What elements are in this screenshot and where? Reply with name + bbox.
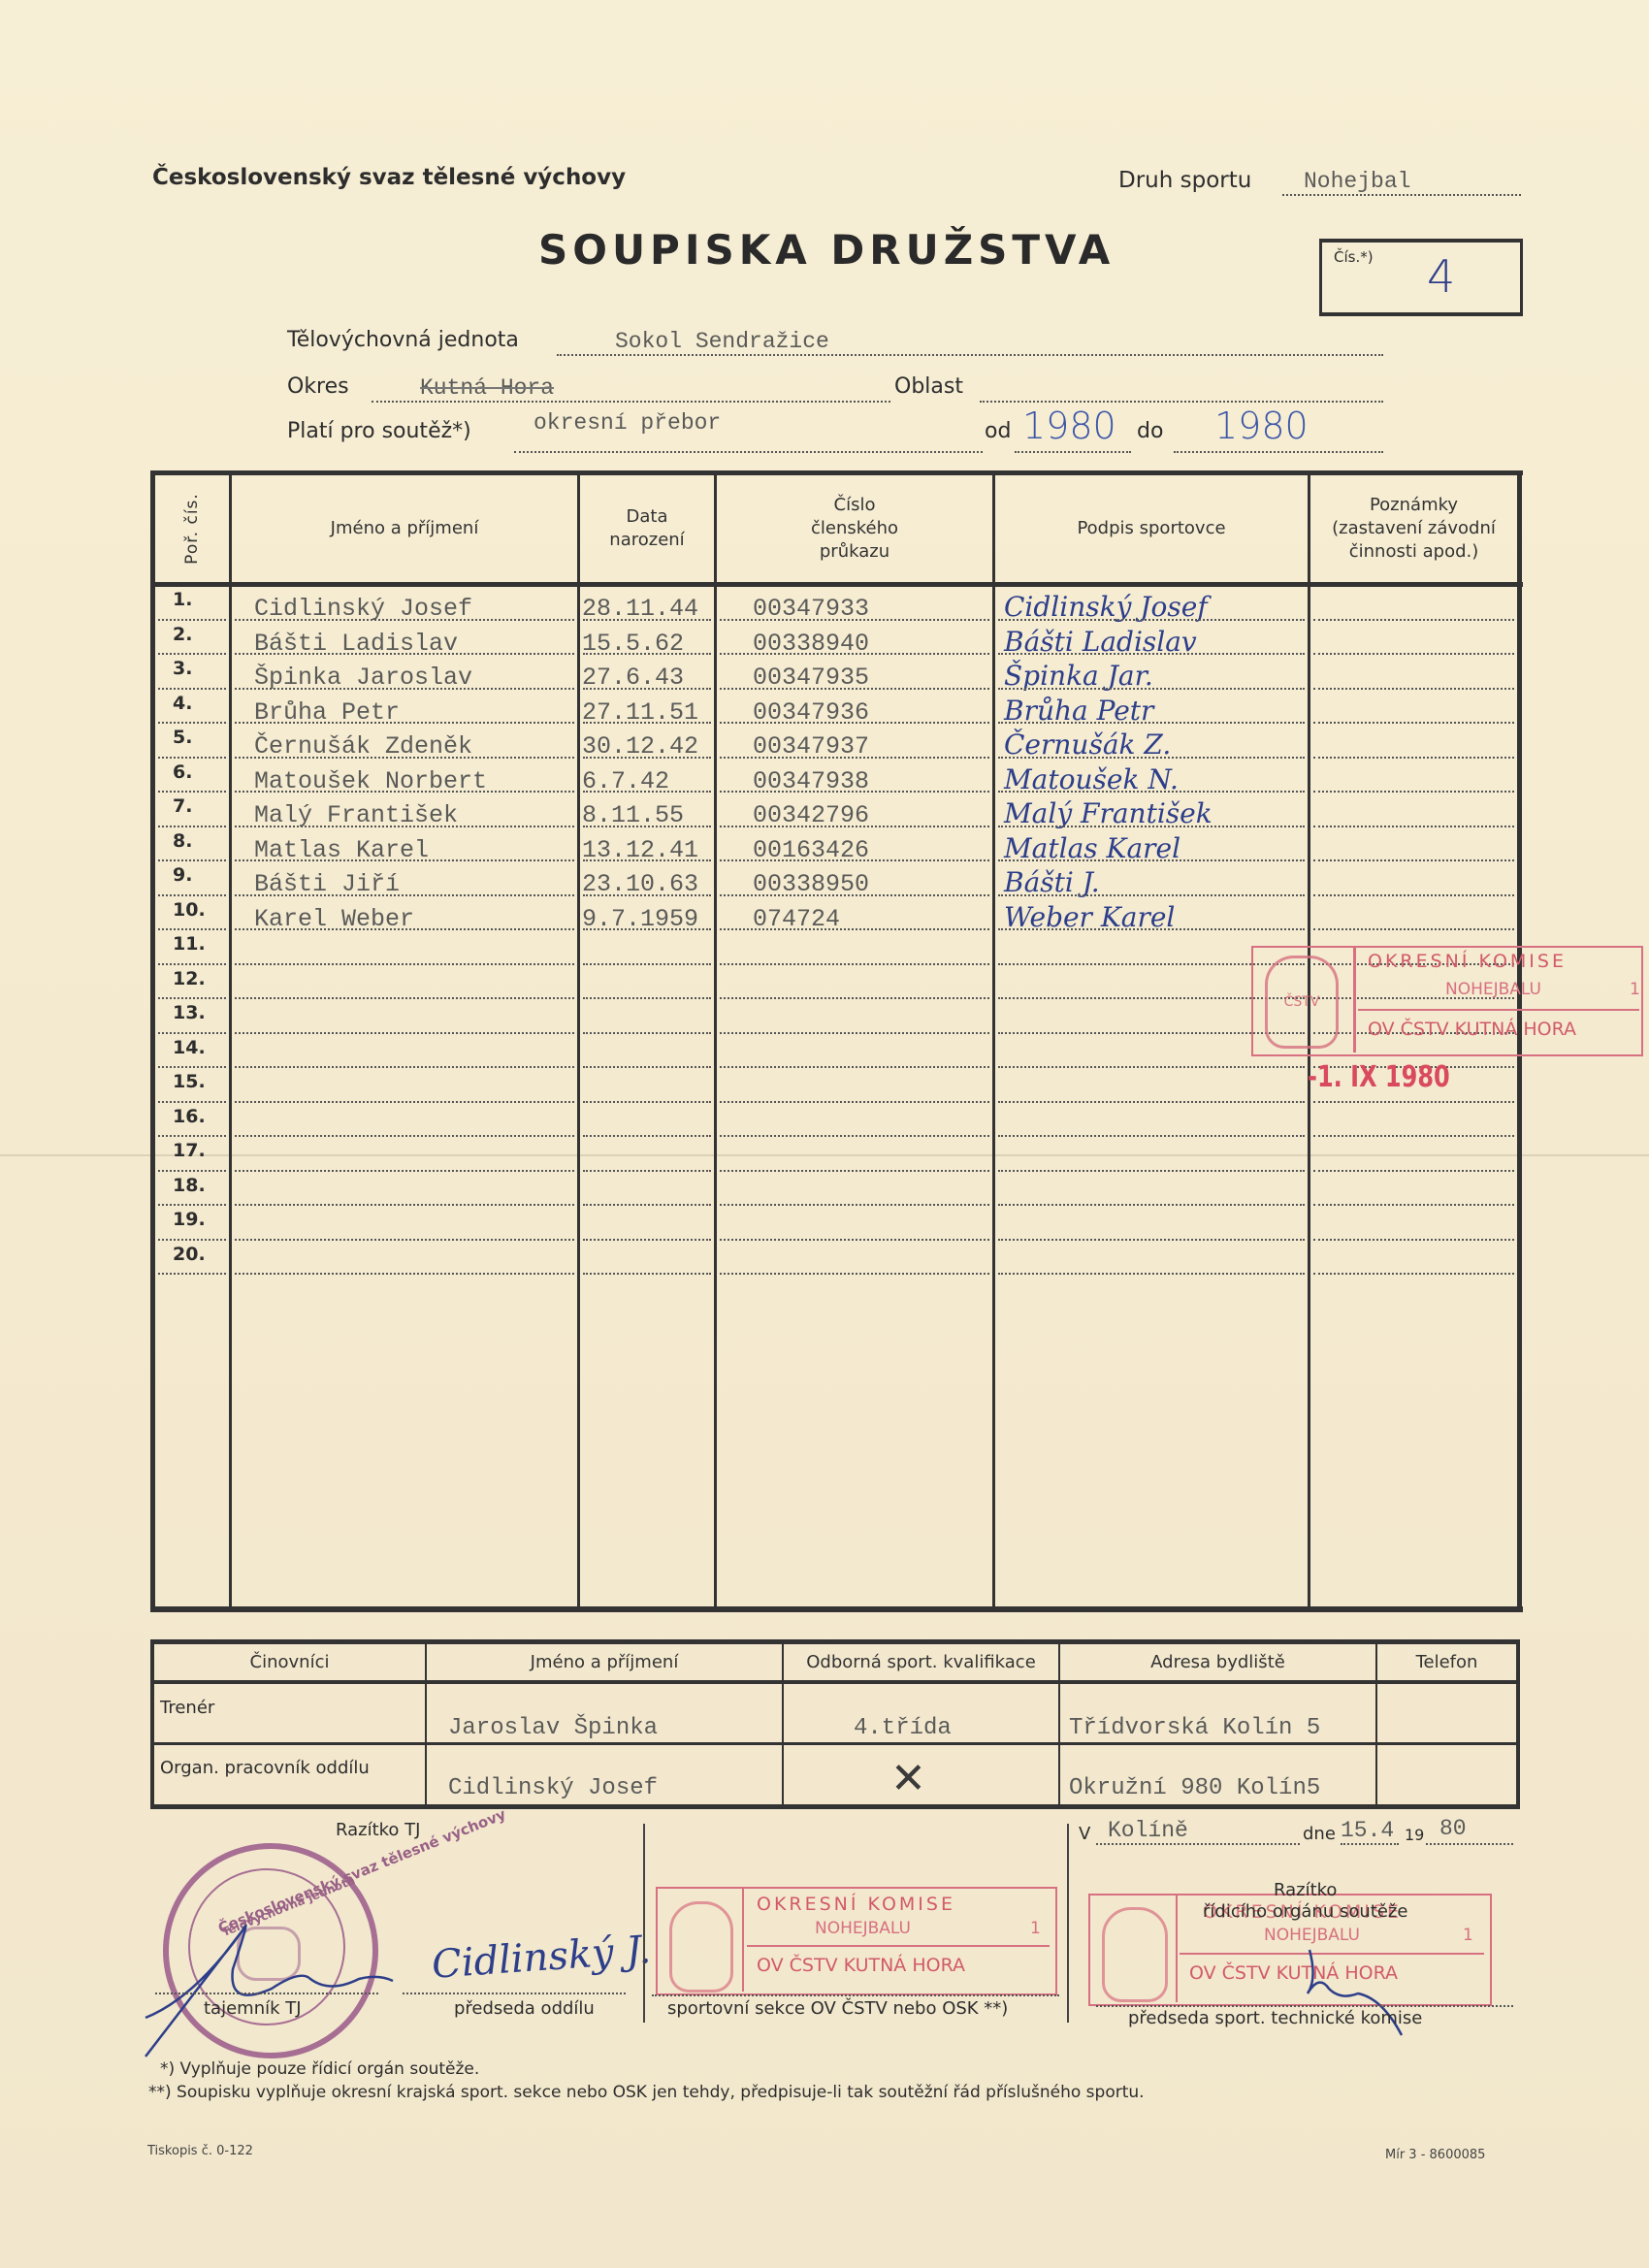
official-role-organizer: Organ. pracovník oddílu [160,1758,370,1778]
row-separator [1313,1239,1514,1241]
row-separator [1313,1170,1514,1172]
col-header-card: Číslo členského průkazu [717,475,992,582]
row-number: 8. [173,830,192,852]
row-separator [998,791,1305,793]
official-role-trainer: Trenér [160,1698,214,1718]
row-separator [720,653,989,655]
organization-name: Československý svaz tělesné výchovy [152,165,626,190]
col-divider [229,472,232,1609]
row-separator [235,688,574,690]
row-separator [235,1273,574,1275]
stamp-line3: OV ČSTV KUTNÁ HORA [757,1955,965,1976]
row-separator [1313,1101,1514,1103]
row-separator [583,1101,711,1103]
row-separator [1313,757,1514,759]
col-header-index: Poř. čís. [155,475,229,582]
row-separator [583,928,711,930]
row-separator [583,963,711,965]
number-value: 4 [1427,250,1455,303]
number-box[interactable]: Čís.*) 4 [1319,239,1523,316]
unit-field[interactable]: Sokol Sendražice [557,335,1383,356]
stamp-line2-number: 1 [1463,1926,1473,1945]
row-separator [583,1135,711,1137]
row-number: 10. [173,899,206,921]
section-signature-line [652,1991,1059,1996]
cstv-logo-icon [1102,1907,1168,2002]
sport-field[interactable]: Nohejbal [1282,175,1521,196]
row-separator [158,1204,226,1206]
row-separator [583,1204,711,1206]
place-value: Kolíně [1108,1818,1188,1843]
official-address[interactable]: Třídvorská Kolín 5 [1069,1715,1320,1741]
row-separator [235,963,574,965]
row-separator [720,1170,989,1172]
sport-value: Nohejbal [1304,169,1410,194]
district-label: Okres [287,374,349,399]
row-number: 4. [173,693,192,714]
row-separator [720,1135,989,1137]
region-label: Oblast [894,374,963,399]
secretary-signature-line [155,1989,378,1994]
row-separator [235,826,574,827]
stamp-divider [742,1887,744,1992]
year-field[interactable]: 80 [1426,1833,1513,1845]
officials-header-phone: Telefon [1377,1644,1516,1680]
paper-fold-line [0,1154,1649,1156]
date-value: 15.4 [1341,1818,1394,1843]
print-code: Mír 3 - 8600085 [1385,2148,1485,2162]
row-separator [583,1066,711,1068]
row-separator [1313,722,1514,724]
to-label: do [1137,419,1163,443]
row-separator [1313,688,1514,690]
to-field[interactable]: 1980 [1174,432,1383,453]
stamp-line2-number: 1 [1030,1919,1041,1938]
row-separator [1313,653,1514,655]
officials-header-name: Jméno a příjmení [427,1644,782,1680]
sport-label: Druh sportu [1118,168,1251,193]
committee-label: předseda sport. technické komise [1128,2008,1422,2028]
row-separator [583,722,711,724]
stamp-divider [1353,946,1356,1053]
row-separator [158,963,226,965]
row-number: 5. [173,727,192,748]
row-number: 2. [173,624,192,645]
from-label: od [985,419,1011,443]
row-separator [720,1204,989,1206]
row-separator [235,1239,574,1241]
region-field[interactable] [980,381,1383,403]
row-separator [235,1135,574,1137]
row-separator [720,997,989,999]
row-separator [1313,1204,1514,1206]
unit-label: Tělovýchovná jednota [287,328,519,352]
row-number: 15. [173,1071,206,1092]
number-label: Čís.*) [1334,248,1374,266]
row-number: 20. [173,1244,206,1265]
row-separator [235,1066,574,1068]
footer-divider [1067,1824,1069,2023]
chairman-label: předseda oddílu [454,1998,595,2019]
row-separator [235,894,574,896]
row-separator [720,757,989,759]
district-value: Kutná Hora [420,375,554,401]
row-separator [235,653,574,655]
row-separator [1313,859,1514,861]
table-left-border [150,472,155,1609]
row-number: 9. [173,864,192,886]
row-separator [583,826,711,827]
competition-label: Platí pro soutěž*) [287,419,471,443]
row-separator [998,1101,1305,1103]
row-number: 19. [173,1209,206,1230]
row-separator [1313,894,1514,896]
row-separator [720,619,989,621]
row-separator [158,1170,226,1172]
row-number: 1. [173,589,192,610]
row-separator [235,757,574,759]
row-number: 3. [173,658,192,679]
row-separator [235,1204,574,1206]
form-number: Tiskopis č. 0-122 [147,2144,253,2158]
row-separator [158,619,226,621]
row-separator [583,859,711,861]
col-divider [992,472,995,1609]
date-prefix: dne [1303,1824,1336,1844]
row-separator [720,1066,989,1068]
row-separator [158,1273,226,1275]
stamp-line1: OKRESNÍ KOMISE [1368,951,1567,972]
row-separator [583,619,711,621]
row-separator [158,1066,226,1068]
row-number: 11. [173,933,206,955]
cstv-logo-icon [669,1901,733,1993]
row-separator [998,757,1305,759]
row-number: 12. [173,968,206,989]
officials-header-address: Adresa bydliště [1060,1644,1375,1680]
stamp-line2: NOHEJBALU [815,1919,911,1938]
row-separator [158,859,226,861]
row-number: 17. [173,1140,206,1161]
row-separator [720,722,989,724]
row-separator [720,826,989,827]
col-divider [577,472,580,1609]
tj-stamp-label: Razítko TJ [336,1820,420,1840]
row-separator [998,1066,1305,1068]
row-separator [235,1101,574,1103]
stamp-line1: OKRESNÍ KOMISE [757,1894,955,1915]
col-header-birth: Data narození [580,475,714,582]
stamp-date: -1. IX 1980 [1308,1060,1450,1094]
row-separator [583,1170,711,1172]
row-number: 13. [173,1002,206,1023]
chairman-signature-line [403,1989,626,1994]
row-separator [998,894,1305,896]
row-separator [158,997,226,999]
row-separator [158,1135,226,1137]
authority-stamp-label-2: řídicího orgánu soutěže [1203,1901,1407,1922]
table-bottom-border [150,1606,1523,1612]
footnote-1: *) Vyplňuje pouze řídicí orgán soutěže. [160,2059,479,2079]
row-separator [583,757,711,759]
officials-bottom-border [150,1804,1520,1809]
official-qualification[interactable]: 4.třída [854,1715,952,1741]
row-separator [583,1273,711,1275]
row-separator [1313,928,1514,930]
row-separator [998,1239,1305,1241]
row-separator [583,894,711,896]
from-value: 1980 [1022,405,1116,447]
row-separator [583,1032,711,1034]
row-separator [158,1032,226,1034]
competition-field[interactable]: okresní přebor [514,432,983,453]
stamp-line2-number: 1 [1630,980,1640,999]
official-name[interactable]: Jaroslav Špinka [448,1715,658,1741]
committee-signature-line [1096,2001,1513,2007]
row-separator [1313,791,1514,793]
row-separator [998,619,1305,621]
row-separator [158,757,226,759]
row-separator [1313,826,1514,827]
col-header-name: Jméno a příjmení [232,475,577,582]
page-title: SOUPISKA DRUŽSTVA [538,226,1115,274]
row-separator [720,1239,989,1241]
row-separator [158,826,226,827]
from-field[interactable]: 1980 [1015,432,1131,453]
row-separator [235,997,574,999]
stamp-rule [747,1945,1050,1947]
officials-header-border [150,1680,1520,1684]
row-separator [583,653,711,655]
row-separator [720,928,989,930]
secretary-signature [136,1872,398,2066]
date-field[interactable]: 15.4 [1341,1833,1399,1845]
row-separator [158,791,226,793]
row-separator [235,928,574,930]
row-number: 14. [173,1037,206,1058]
row-separator [998,826,1305,827]
row-separator [998,1170,1305,1172]
row-separator [235,722,574,724]
cross-mark-icon: ✕ [890,1754,926,1803]
year-value: 80 [1439,1816,1467,1841]
row-separator [1313,1135,1514,1137]
unit-value: Sokol Sendražice [615,329,829,354]
officials-header-role: Činovníci [154,1644,425,1680]
section-label: sportovní sekce OV ČSTV nebo OSK **) [667,1998,1008,2019]
row-separator [235,1032,574,1034]
row-separator [998,928,1305,930]
row-separator [998,1204,1305,1206]
row-separator [1313,619,1514,621]
row-separator [158,1101,226,1103]
official-name[interactable]: Cidlinský Josef [448,1775,658,1801]
row-separator [998,688,1305,690]
authority-stamp-label-1: Razítko [1274,1880,1337,1900]
row-separator [158,1239,226,1241]
row-separator [998,1273,1305,1275]
row-separator [998,722,1305,724]
row-separator [158,894,226,896]
secretary-label: tajemník TJ [204,1998,302,2019]
year-prefix: 19 [1405,1826,1424,1844]
footnote-2: **) Soupisku vyplňuje okresní krajská sp… [148,2083,1145,2102]
stamp-line2: NOHEJBALU [1445,980,1541,999]
col-header-signature: Podpis sportovce [995,475,1308,582]
row-separator [720,1032,989,1034]
row-number: 16. [173,1106,206,1127]
stamp-divider [1176,1894,1178,2002]
officials-row-border [150,1742,1520,1745]
stamp-line3: OV ČSTV KUTNÁ HORA [1368,1019,1576,1040]
competition-value: okresní přebor [533,410,721,436]
row-separator [158,928,226,930]
row-separator [720,894,989,896]
col-divider [714,472,717,1609]
row-separator [235,619,574,621]
row-number: 6. [173,761,192,783]
row-separator [720,1101,989,1103]
district-field[interactable]: Kutná Hora [372,381,890,403]
row-separator [720,791,989,793]
row-separator [998,859,1305,861]
footer-divider [643,1824,645,2023]
official-address[interactable]: Okružní 980 Kolín5 [1069,1775,1320,1801]
row-separator [158,653,226,655]
row-separator [235,859,574,861]
row-number: 18. [173,1175,206,1196]
table-header-border [150,582,1523,587]
officials-header-qualification: Odborná sport. kvalifikace [784,1644,1058,1680]
row-separator [583,997,711,999]
row-separator [235,791,574,793]
stamp-rule [1358,1009,1639,1011]
row-separator [583,688,711,690]
col-header-notes: Poznámky (zastavení závodní činnosti apo… [1310,475,1517,582]
place-field[interactable]: Kolíně [1096,1833,1300,1845]
row-separator [998,653,1305,655]
row-separator [720,688,989,690]
place-prefix: V [1079,1824,1090,1844]
row-number: 7. [173,795,192,817]
row-separator [158,688,226,690]
row-separator [720,963,989,965]
row-separator [235,1170,574,1172]
row-separator [998,1135,1305,1137]
officials-right-border [1516,1641,1520,1808]
row-separator [583,791,711,793]
row-separator [720,859,989,861]
row-separator [1313,1273,1514,1275]
row-separator [158,722,226,724]
row-separator [583,1239,711,1241]
cstv-logo-icon: ČSTV [1265,956,1339,1049]
to-value: 1980 [1214,405,1309,447]
row-separator [720,1273,989,1275]
